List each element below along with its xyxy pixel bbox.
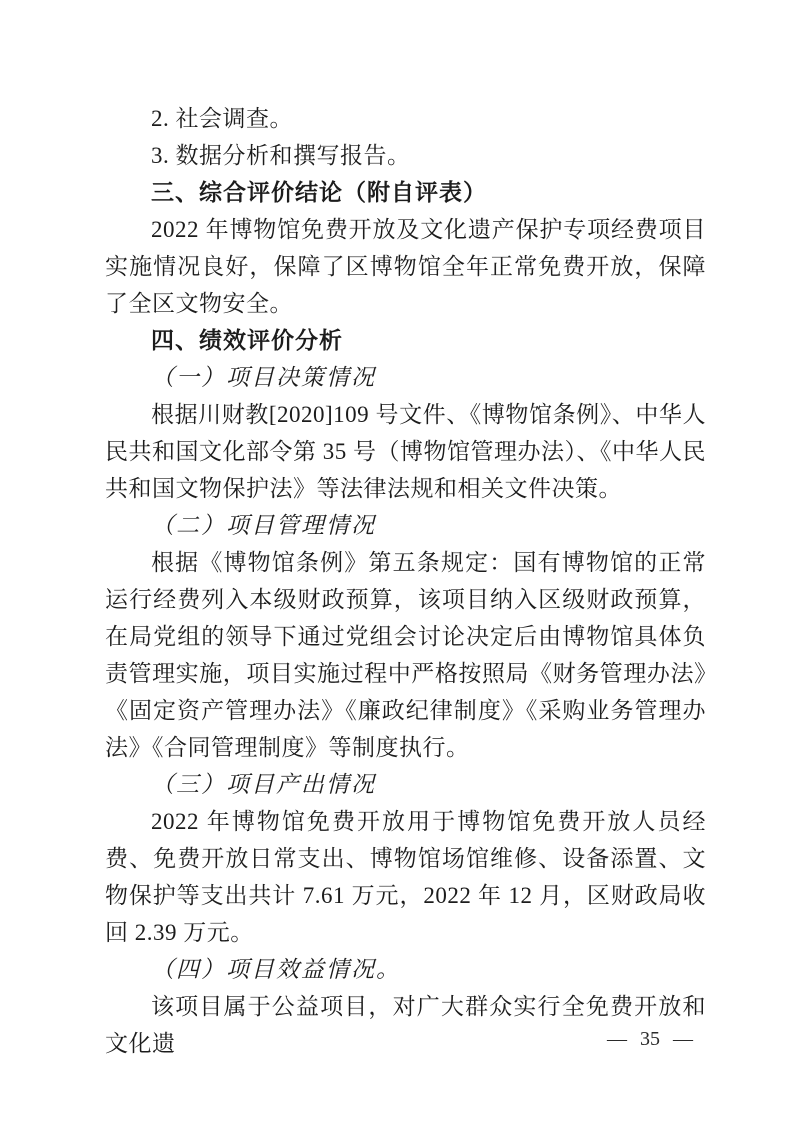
paragraph: 根据《博物馆条例》第五条规定：国有博物馆的正常运行经费列入本级财政预算，该项目纳…	[105, 544, 706, 766]
section-heading: 三、综合评价结论（附自评表）	[105, 174, 706, 211]
section-heading: 四、绩效评价分析	[105, 322, 706, 359]
footer-dash-right: —	[673, 1028, 693, 1050]
numbered-item: 2. 社会调查。	[105, 100, 706, 137]
sub-heading: （四）项目效益情况。	[105, 951, 706, 988]
sub-heading: （三）项目产出情况	[105, 766, 706, 803]
document-body: 2. 社会调查。 3. 数据分析和撰写报告。 三、综合评价结论（附自评表） 20…	[105, 100, 706, 1062]
paragraph: 根据川财教[2020]109 号文件、《博物馆条例》、中华人民共和国文化部令第 …	[105, 396, 706, 507]
sub-heading: （二）项目管理情况	[105, 507, 706, 544]
paragraph: 该项目属于公益项目，对广大群众实行全免费开放和文化遗	[105, 988, 706, 1062]
document-page: 2. 社会调查。 3. 数据分析和撰写报告。 三、综合评价结论（附自评表） 20…	[0, 0, 793, 1122]
page-footer: — 35 —	[607, 1028, 693, 1050]
paragraph: 2022 年博物馆免费开放用于博物馆免费开放人员经费、免费开放日常支出、博物馆场…	[105, 803, 706, 951]
numbered-item: 3. 数据分析和撰写报告。	[105, 137, 706, 174]
sub-heading: （一）项目决策情况	[105, 359, 706, 396]
page-number: 35	[640, 1028, 660, 1050]
paragraph: 2022 年博物馆免费开放及文化遗产保护专项经费项目实施情况良好，保障了区博物馆…	[105, 211, 706, 322]
footer-dash-left: —	[607, 1028, 627, 1050]
